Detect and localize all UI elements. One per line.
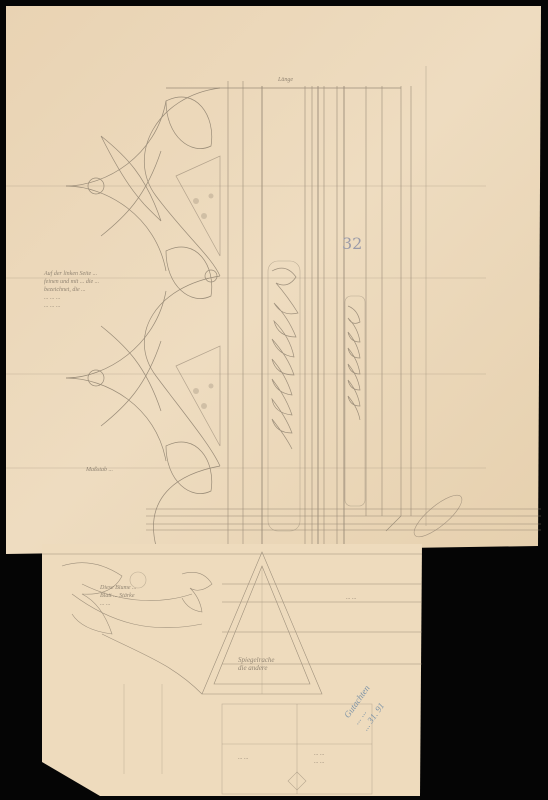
gable-annotation: Spiegelrache die andere (238, 656, 275, 672)
upper-paper-sheet: Länge Auf der linken Seite ... feinen un… (6, 6, 541, 554)
bottom-left-annotation: ... ... (238, 754, 249, 762)
upper-left-annotation: Auf der linken Seite ... feinen und mit … (44, 270, 99, 310)
sheet-number: 32 (342, 234, 362, 253)
lower-sheet-drawing (42, 544, 422, 796)
right-mid-annotation: ... ... (346, 594, 357, 602)
bottom-right-annotation: ... ... ... ... (314, 750, 325, 766)
mid-left-annotation: Maßstab ... (86, 466, 113, 474)
lower-paper-sheet: Diese Blume ... Blatt ... Stärke ... ...… (42, 544, 422, 796)
dimension-label-top: Länge (278, 76, 293, 84)
lower-left-annotation: Diese Blume ... Blatt ... Stärke ... ... (100, 584, 137, 608)
